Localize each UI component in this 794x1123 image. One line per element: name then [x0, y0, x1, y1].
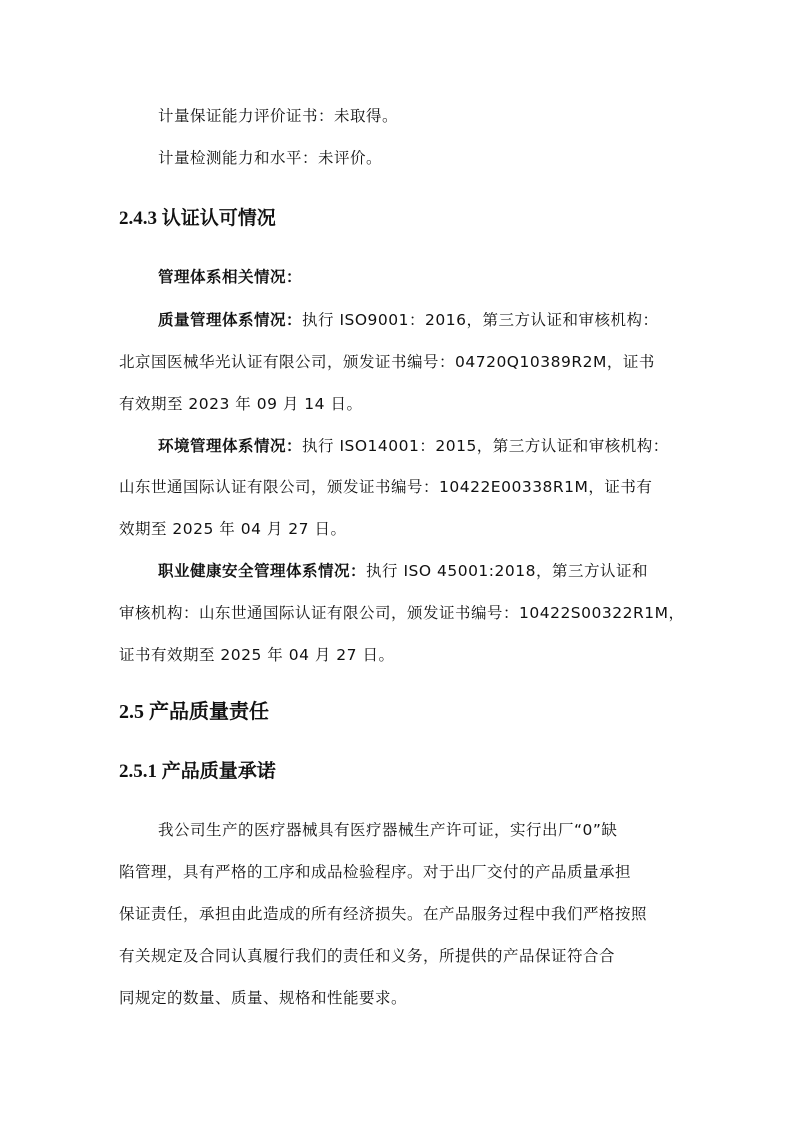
quality-system-line-1: 质量管理体系情况：执行 ISO9001：2016，第三方认证和审核机构： [158, 310, 658, 330]
section-heading-2-5: 2.5 产品质量责任 [119, 700, 269, 724]
environment-system-line-3: 效期至 2025 年 04 月 27 日。 [119, 519, 346, 539]
occupational-system-line-3: 证书有效期至 2025 年 04 月 27 日。 [119, 645, 394, 665]
metrology-capability-status: 计量检测能力和水平：未评价。 [158, 148, 382, 168]
metrology-certificate-status: 计量保证能力评价证书：未取得。 [158, 106, 398, 126]
section-heading-2-5-1: 2.5.1 产品质量承诺 [119, 760, 276, 784]
section-heading-2-4-3: 2.4.3 认证认可情况 [119, 207, 276, 231]
quality-commitment-line-3: 保证责任，承担由此造成的所有经济损失。在产品服务过程中我们严格按照 [119, 904, 647, 924]
occupational-system-label: 职业健康安全管理体系情况： [158, 562, 366, 580]
environment-system-line-2: 山东世通国际认证有限公司，颁发证书编号：10422E00338R1M，证书有 [119, 477, 652, 497]
quality-commitment-line-1: 我公司生产的医疗器械具有医疗器械生产许可证，实行出厂“0”缺 [158, 820, 617, 840]
management-system-intro: 管理体系相关情况： [158, 267, 302, 287]
quality-system-line-3: 有效期至 2023 年 09 月 14 日。 [119, 394, 362, 414]
quality-commitment-line-5: 同规定的数量、质量、规格和性能要求。 [119, 988, 407, 1008]
environment-system-line-1: 环境管理体系情况：执行 ISO14001：2015，第三方认证和审核机构： [158, 436, 669, 456]
quality-commitment-line-2: 陷管理，具有严格的工序和成品检验程序。对于出厂交付的产品质量承担 [119, 862, 631, 882]
quality-system-line-2: 北京国医械华光认证有限公司，颁发证书编号：04720Q10389R2M，证书 [119, 352, 655, 372]
quality-commitment-line-4: 有关规定及合同认真履行我们的责任和义务，所提供的产品保证符合合 [119, 946, 615, 966]
environment-system-label: 环境管理体系情况： [158, 437, 302, 455]
occupational-system-line-2: 审核机构：山东世通国际认证有限公司，颁发证书编号：10422S00322R1M， [119, 603, 684, 623]
quality-system-label: 质量管理体系情况： [158, 311, 302, 329]
occupational-system-line-1: 职业健康安全管理体系情况：执行 ISO 45001:2018，第三方认证和 [158, 561, 648, 581]
